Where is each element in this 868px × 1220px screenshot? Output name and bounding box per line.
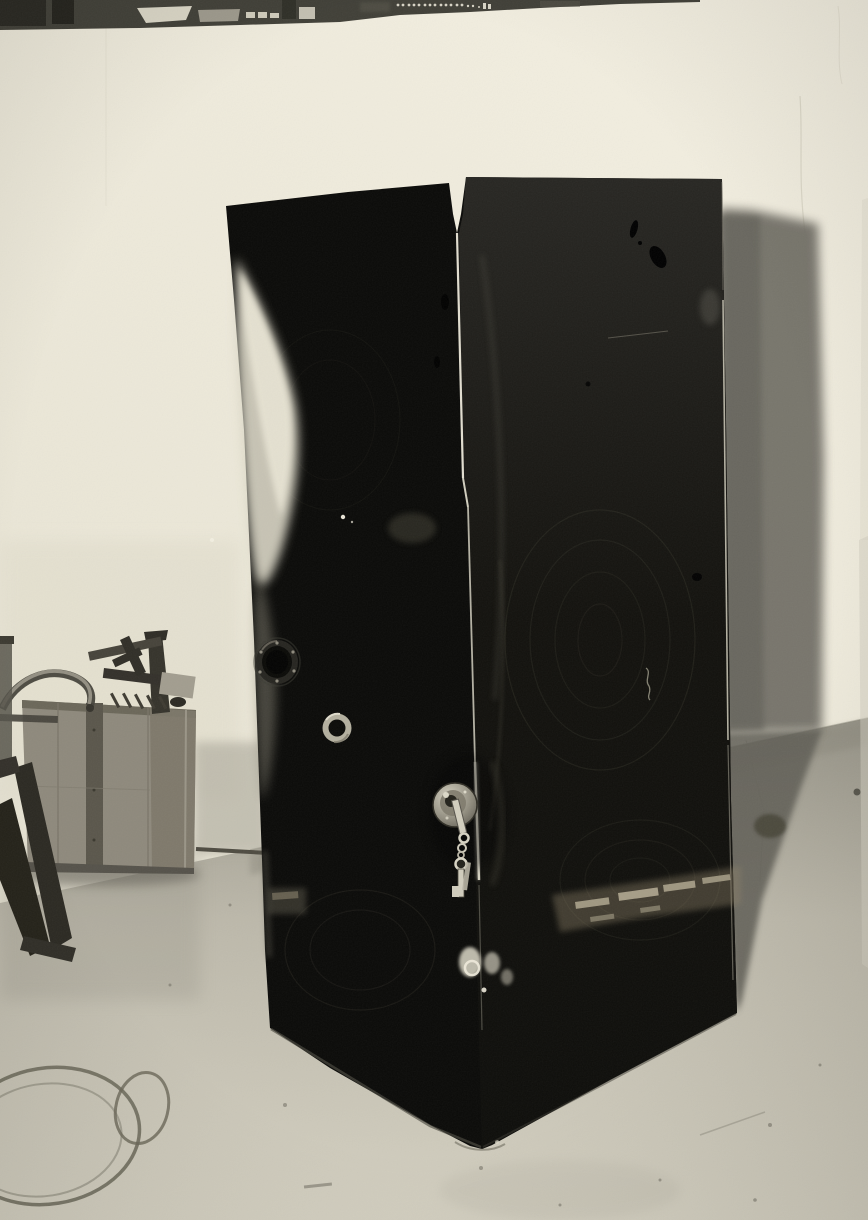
- photo-canvas: [0, 0, 868, 1220]
- film-grain-overlay: [0, 0, 868, 1220]
- photograph: [0, 0, 868, 1220]
